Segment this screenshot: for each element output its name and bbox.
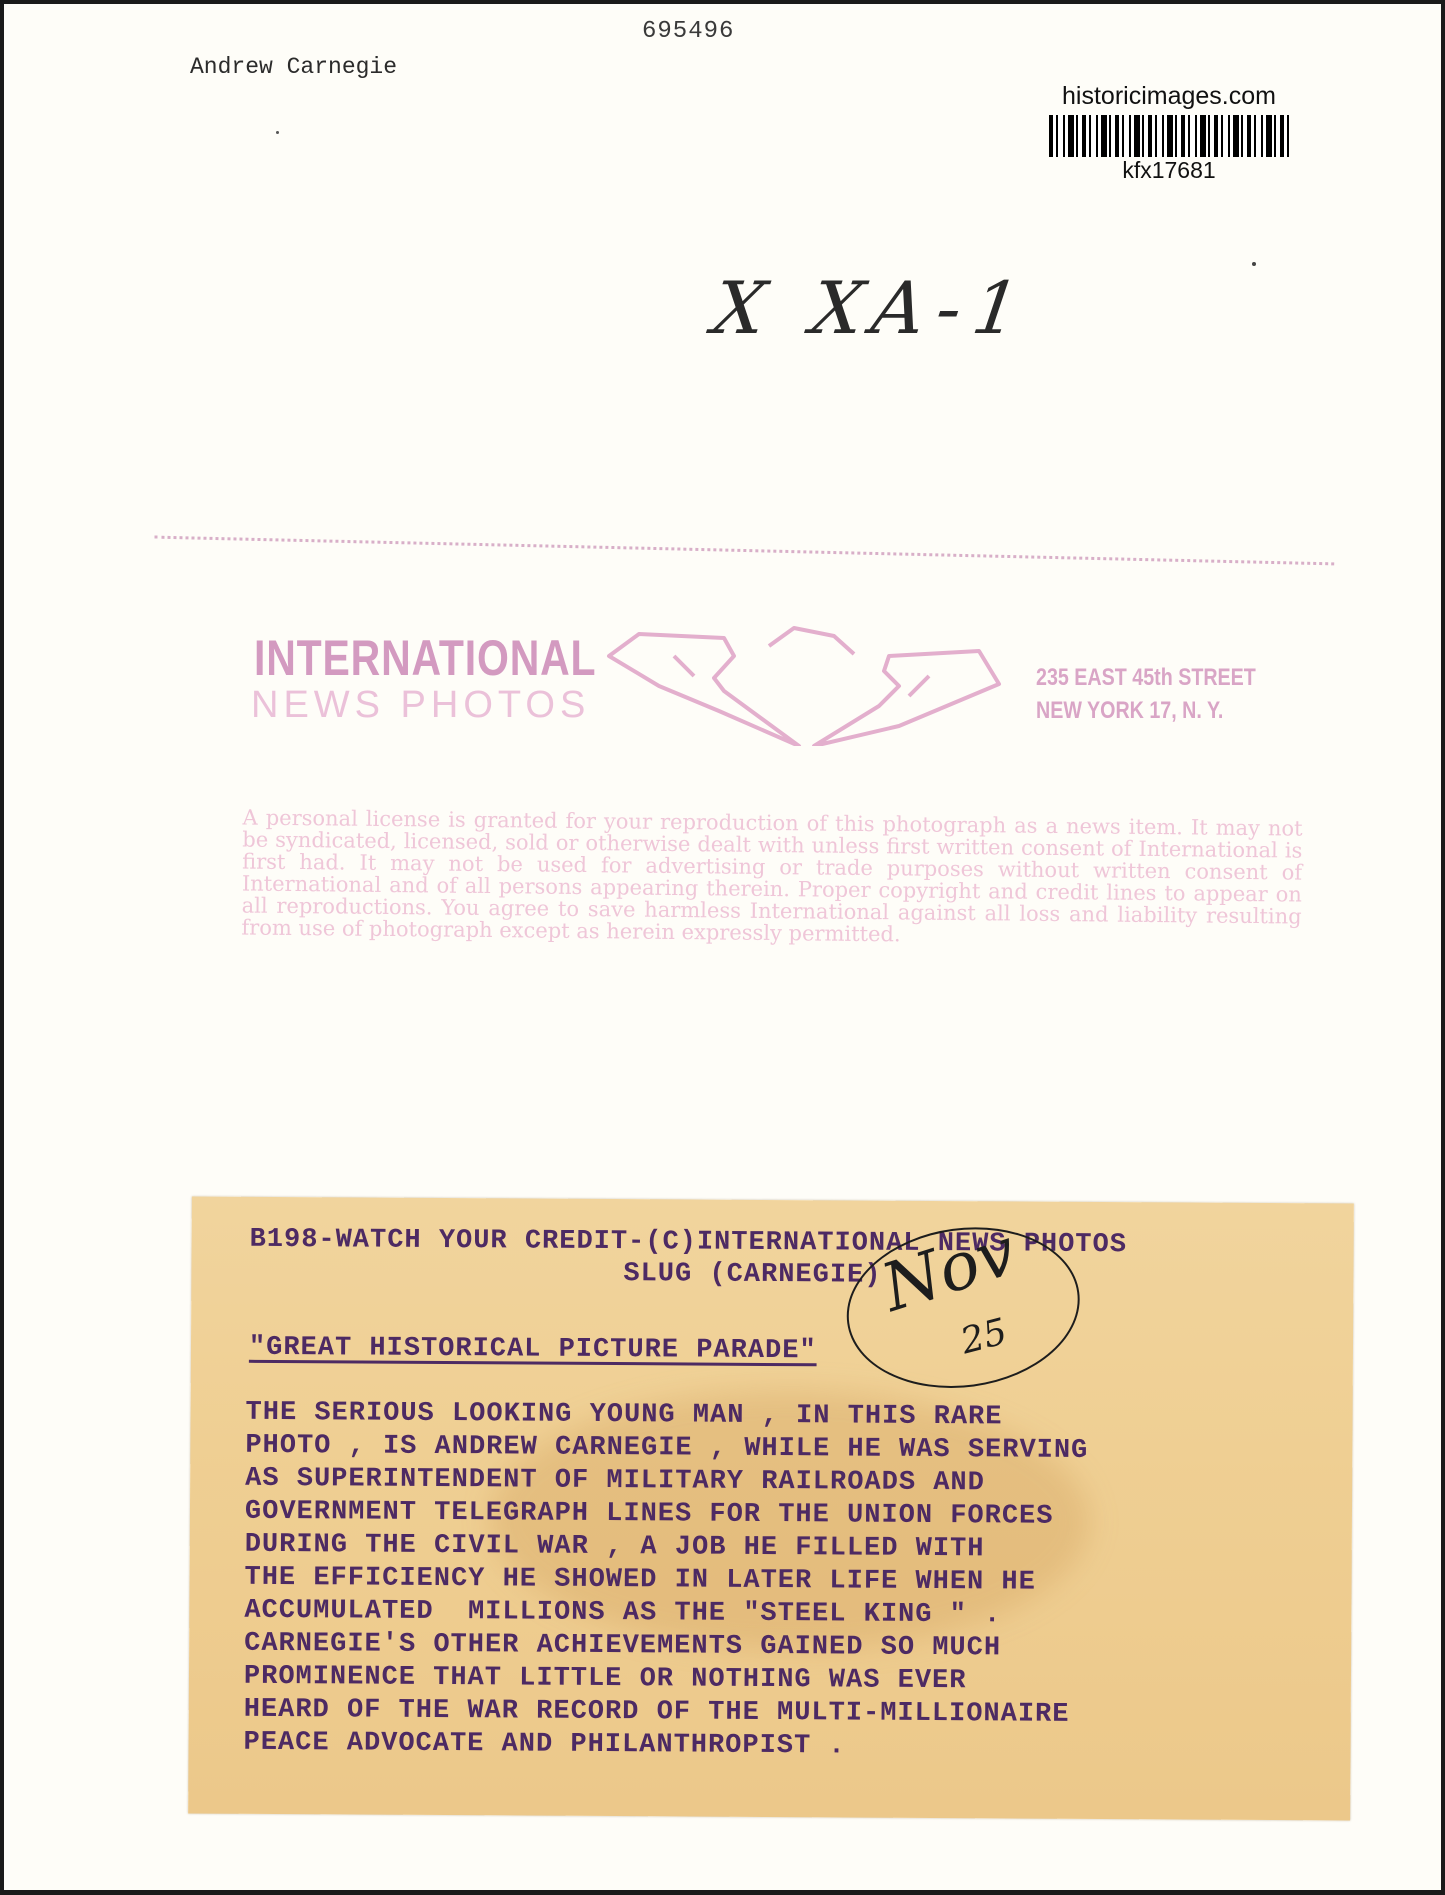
stamp-agency-title: INTERNATIONAL	[254, 629, 596, 687]
stamp-address: 235 EAST 45th STREET NEW YORK 17, N. Y.	[1036, 661, 1256, 727]
caption-line: PEACE ADVOCATE AND PHILANTHROPIST .	[243, 1727, 1086, 1765]
eagle-logo-icon	[599, 616, 1009, 746]
barcode-sticker: historicimages.com kfx17681	[1044, 84, 1294, 182]
ink-speck	[1252, 262, 1256, 266]
stamp-address-line: NEW YORK 17, N. Y.	[1036, 694, 1256, 727]
barcode-site-text: historicimages.com	[1044, 84, 1294, 109]
caption-label: B198-WATCH YOUR CREDIT-(C)INTERNATIONAL …	[188, 1196, 1354, 1820]
serial-number: 695496	[642, 18, 734, 45]
caption-line: DURING THE CIVIL WAR , A JOB HE FILLED W…	[245, 1529, 1088, 1567]
caption-line: CARNEGIE'S OTHER ACHIEVEMENTS GAINED SO …	[244, 1628, 1087, 1666]
stamp-perforation-line	[154, 536, 1334, 596]
stamp-agency-subtitle: NEWS PHOTOS	[251, 684, 590, 727]
caption-line: PHOTO , IS ANDREW CARNEGIE , WHILE HE WA…	[245, 1430, 1088, 1468]
caption-line: PROMINENCE THAT LITTLE OR NOTHING WAS EV…	[244, 1661, 1087, 1699]
caption-line: GOVERNMENT TELEGRAPH LINES FOR THE UNION…	[245, 1496, 1088, 1534]
caption-line: THE SERIOUS LOOKING YOUNG MAN , IN THIS …	[245, 1397, 1088, 1435]
barcode-icon	[1049, 115, 1289, 157]
handwritten-code: X XA-1	[708, 266, 1037, 350]
caption-headline: "GREAT HISTORICAL PICTURE PARADE"	[249, 1333, 817, 1366]
slug-line: SLUG (CARNEGIE)	[623, 1259, 881, 1291]
caption-line: HEARD OF THE WAR RECORD OF THE MULTI-MIL…	[244, 1694, 1087, 1732]
license-notice: A personal license is granted for your r…	[241, 806, 1302, 949]
caption-body: THE SERIOUS LOOKING YOUNG MAN , IN THIS …	[243, 1397, 1088, 1765]
subject-name: Andrew Carnegie	[190, 54, 397, 80]
ink-speck	[276, 131, 279, 134]
caption-line: AS SUPERINTENDENT OF MILITARY RAILROADS …	[245, 1463, 1088, 1501]
barcode-item-id: kfx17681	[1044, 159, 1294, 182]
photo-back-sheet: 695496 Andrew Carnegie historicimages.co…	[4, 4, 1441, 1890]
caption-line: ACCUMULATED MILLIONS AS THE "STEEL KING …	[244, 1595, 1087, 1633]
caption-line: THE EFFICIENCY HE SHOWED IN LATER LIFE W…	[244, 1562, 1087, 1600]
stamp-address-line: 235 EAST 45th STREET	[1036, 661, 1256, 694]
